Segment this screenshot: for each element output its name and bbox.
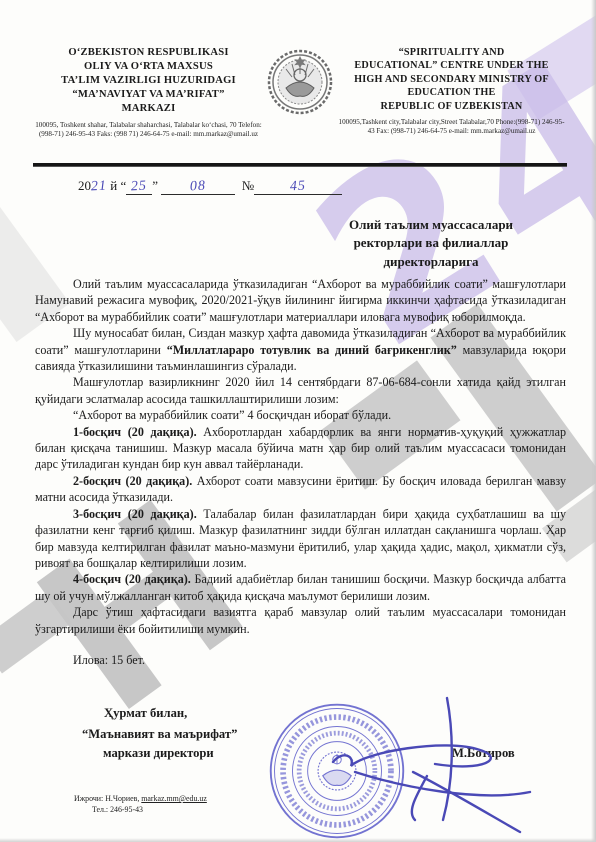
day-handwritten: 25 <box>131 180 148 195</box>
addressee-line: директорларига <box>295 253 567 271</box>
state-emblem-icon <box>264 46 336 116</box>
quote-close: ” <box>152 178 158 193</box>
scan-edge <box>591 0 596 842</box>
addressee-line: Олий таълим муассасалари <box>295 216 567 234</box>
handwritten-signature <box>295 680 555 842</box>
number-label: № <box>242 178 254 193</box>
org-name-line: “MA’NAVIYAT VA MA’RIFAT” <box>33 88 264 102</box>
letterhead-uzbek: O‘ZBEKISTON RESPUBLIKASI OLIY VA O‘RTA M… <box>33 46 264 139</box>
letterhead-divider <box>33 163 567 167</box>
paragraph: Шу муносабат билан, Сиздан мазкур ҳафта … <box>35 325 566 374</box>
org-name-line: TA’LIM VAZIRLIGI HUZURIDAGI <box>33 74 264 88</box>
org-address: 100095, Toshkent shahar, Talabalar shaha… <box>33 121 264 139</box>
org-name-line: OLIY VA O‘RTA MAXSUS <box>33 60 264 74</box>
number-blank: 45 <box>254 179 342 195</box>
scan-edge <box>0 838 596 842</box>
month-blank: 08 <box>161 179 235 195</box>
salutation: Ҳурмат билан, <box>104 706 187 721</box>
paragraph: 2-босқич (20 дақиқа). Ахборот соати мавз… <box>35 473 566 506</box>
signer-org-line2: маркази директори <box>103 746 214 761</box>
org-name-line: O‘ZBEKISTON RESPUBLIKASI <box>33 46 264 60</box>
letter-body: Олий таълим муассасаларида ўтказиладиган… <box>35 276 566 668</box>
letterhead: O‘ZBEKISTON RESPUBLIKASI OLIY VA O‘RTA M… <box>33 46 567 139</box>
org-name-line: EDUCATION THE <box>336 86 567 99</box>
executor-label: Ижрочи: Н.Чориев, <box>74 794 141 803</box>
scanned-letter-page: 24 H O‘ZBEKISTON RESPUBLIKASI OLIY VA O‘… <box>0 0 596 842</box>
org-name-line: EDUCATIONAL” CENTRE UNDER THE <box>336 59 567 72</box>
paragraph: Олий таълим муассасаларида ўтказиладиган… <box>35 276 566 325</box>
executor-phone: Тел.: 246-95-43 <box>74 804 207 815</box>
paragraph: 1-босқич (20 дақиқа). Ахборотлардан хаба… <box>35 424 566 473</box>
executor-note: Ижрочи: Н.Чориев, markaz.mm@edu.uz Тел.:… <box>74 793 207 816</box>
month-handwritten: 08 <box>190 180 207 195</box>
year-handwritten: 21 <box>91 179 108 196</box>
addressee-line: ректорлари ва филиаллар <box>295 234 567 252</box>
date-number-line: 2021 й “25” 08 №45 <box>78 178 342 195</box>
executor-email: markaz.mm@edu.uz <box>141 794 207 803</box>
paragraph: “Ахборот ва мураббийлик соати” 4 босқичд… <box>35 407 566 423</box>
org-name-line: “SPIRITUALITY AND <box>336 46 567 59</box>
org-address: 100095,Tashkent city,Talabalar city,Stre… <box>336 118 567 136</box>
paragraph: Дарс ўтиш ҳафтасидаги вазиятга қараб мав… <box>35 604 566 637</box>
paragraph: 3-босқич (20 дақиқа). Талабалар билан фа… <box>35 506 566 572</box>
year-suffix: й <box>107 178 120 193</box>
paragraph: Илова: 15 бет. <box>35 652 566 668</box>
day-blank: 25 <box>126 179 152 195</box>
year-printed: 20 <box>78 178 91 193</box>
paragraph: 4-босқич (20 дақиқа). Бадиий адабиётлар … <box>35 571 566 604</box>
org-name-line: REPUBLIC OF UZBEKISTAN <box>336 100 567 113</box>
addressee-block: Олий таълим муассасалари ректорлари ва ф… <box>295 216 567 271</box>
org-name-line: MARKAZI <box>33 102 264 116</box>
paragraph: Машғулотлар вазирликнинг 2020 йил 14 сен… <box>35 374 566 407</box>
letterhead-english: “SPIRITUALITY AND EDUCATIONAL” CENTRE UN… <box>336 46 567 137</box>
number-handwritten: 45 <box>290 180 307 195</box>
signer-org-line1: “Маънавият ва маърифат” <box>82 727 237 742</box>
org-name-line: HIGH AND SECONDARY MINISTRY OF <box>336 73 567 86</box>
